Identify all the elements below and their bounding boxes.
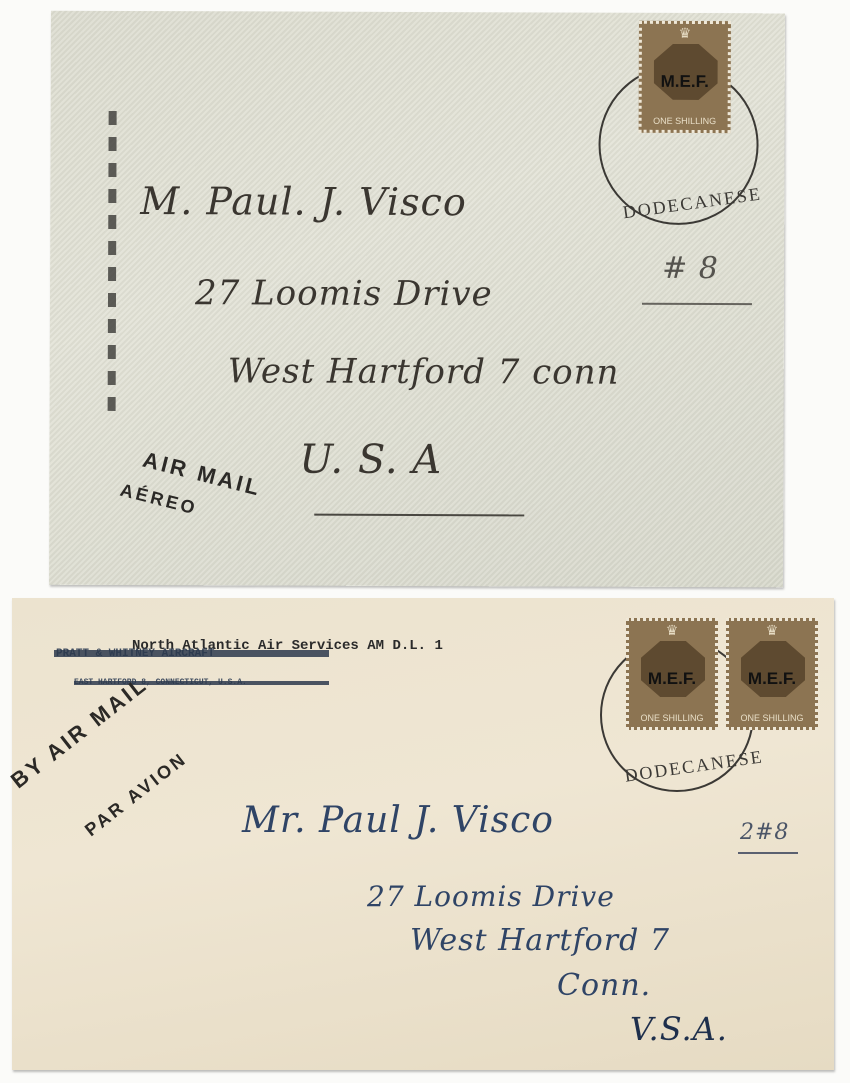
address-line-4: Conn. <box>557 968 651 1003</box>
stamp-value: ONE SHILLING <box>729 713 815 723</box>
address-line-2: 27 Loomis Drive <box>195 273 493 314</box>
reference-note: 2#8 <box>740 820 789 845</box>
address-line-4: U. S. A <box>299 437 442 483</box>
address-line-3: West Hartford 7 conn <box>228 351 620 392</box>
crown-icon: ♛ <box>729 623 815 640</box>
address-line-3: West Hartford 7 <box>410 923 670 958</box>
stamp-overprint: M.E.F. <box>629 669 715 689</box>
airmail-handstamp-line-1: BY AIR MAIL <box>6 671 153 794</box>
envelope-bottom: North Atlantic Air Services AM D.L. 1 PR… <box>12 598 834 1070</box>
stamp-overprint: M.E.F. <box>642 72 728 92</box>
stamp-value: ONE SHILLING <box>629 713 715 723</box>
crown-icon: ♛ <box>642 26 728 43</box>
address-line-2: 27 Loomis Drive <box>367 880 615 913</box>
address-underline <box>314 514 524 517</box>
stamp-overprint: M.E.F. <box>729 669 815 689</box>
address-line-5: V.S.A. <box>630 1010 728 1048</box>
strike-line-2 <box>74 681 329 685</box>
stamp-2: ♛ M.E.F. ONE SHILLING <box>726 618 818 730</box>
stamp: ♛ M.E.F. ONE SHILLING <box>639 21 731 133</box>
airmail-strike-marks <box>108 111 117 411</box>
airmail-handstamp-line-2: PAR AVION <box>81 748 191 841</box>
stamp-1: ♛ M.E.F. ONE SHILLING <box>626 618 718 730</box>
airmail-handstamp-line-2: AÉREO <box>118 480 200 520</box>
envelope-top: DODECANESE ♛ M.E.F. ONE SHILLING M. Paul… <box>49 11 785 588</box>
note-underline <box>642 303 752 305</box>
address-line-1: Mr. Paul J. Visco <box>242 800 554 841</box>
address-line-1: M. Paul. J. Visco <box>140 179 467 224</box>
stamp-value: ONE SHILLING <box>642 116 728 126</box>
strike-line-1 <box>54 650 329 657</box>
crown-icon: ♛ <box>629 623 715 640</box>
note-underline <box>738 852 798 854</box>
reference-note: # 8 <box>662 251 719 286</box>
